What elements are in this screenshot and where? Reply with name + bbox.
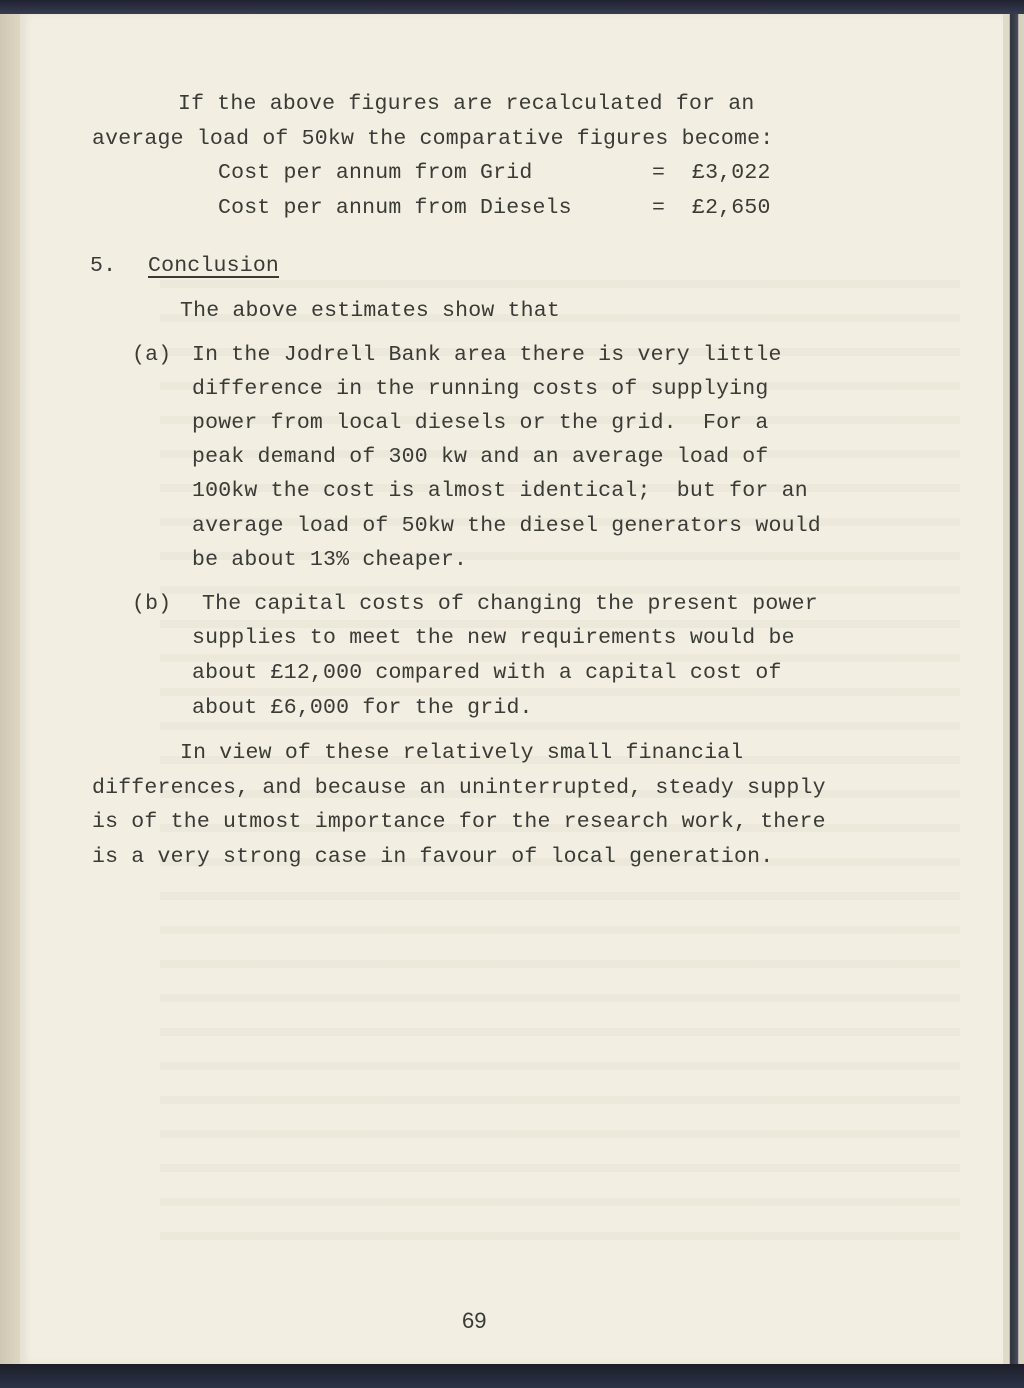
intro-line-1: If the above figures are recalculated fo…	[178, 94, 755, 116]
closing-line: In view of these relatively small financ…	[180, 743, 743, 765]
closing-line: differences, and because an uninterrupte…	[92, 778, 826, 800]
cost-diesels-value: £2,650	[692, 198, 771, 220]
cost-diesels-eq: =	[652, 198, 665, 220]
item-b-marker: (b)	[132, 594, 171, 616]
cost-grid-value: £3,022	[692, 163, 771, 185]
book-cover-right-edge	[1003, 14, 1024, 1366]
document-page: If the above figures are recalculated fo…	[20, 14, 1003, 1364]
intro-line-2: average load of 50kw the comparative fig…	[92, 129, 773, 151]
closing-line: is a very strong case in favour of local…	[92, 847, 773, 869]
page-number: 69	[462, 1308, 486, 1334]
item-b-line: about £6,000 for the grid.	[192, 698, 533, 720]
item-a-line: In the Jodrell Bank area there is very l…	[192, 345, 782, 367]
closing-line: is of the utmost importance for the rese…	[92, 812, 826, 834]
item-b-line: The capital costs of changing the presen…	[202, 594, 818, 616]
section-number: 5.	[90, 256, 116, 278]
item-a-line: power from local diesels or the grid. Fo…	[192, 413, 769, 435]
item-a-line: be about 13% cheaper.	[192, 550, 467, 572]
cost-diesels-label: Cost per annum from Diesels	[218, 198, 572, 220]
item-b-line: about £12,000 compared with a capital co…	[192, 663, 782, 685]
item-a-line: 100kw the cost is almost identical; but …	[192, 481, 808, 503]
cost-grid-label: Cost per annum from Grid	[218, 163, 532, 185]
book-cover-bottom	[0, 1364, 1024, 1388]
book-gutter	[0, 14, 20, 1366]
cost-grid-eq: =	[652, 163, 665, 185]
item-a-marker: (a)	[132, 345, 171, 367]
item-a-line: difference in the running costs of suppl…	[192, 379, 769, 401]
item-a-line: peak demand of 300 kw and an average loa…	[192, 447, 769, 469]
item-a-line: average load of 50kw the diesel generato…	[192, 516, 821, 538]
section-title: Conclusion	[148, 256, 279, 278]
item-b-line: supplies to meet the new requirements wo…	[192, 628, 795, 650]
section-lead: The above estimates show that	[180, 301, 560, 323]
